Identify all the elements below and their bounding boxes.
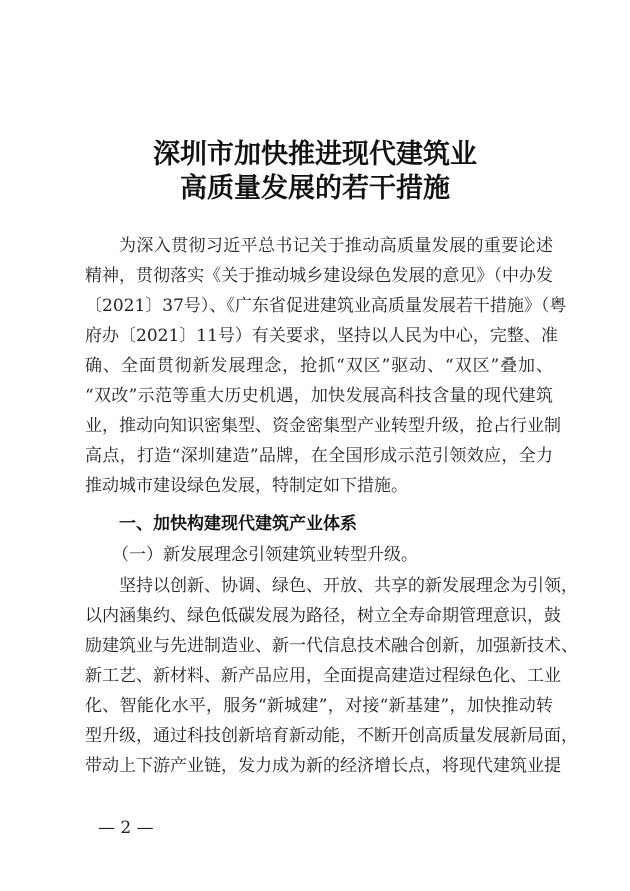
- preamble-line: 为深入贯彻习近平总书记关于推动高质量发展的重要论述: [119, 231, 553, 261]
- body-line: 化、智能化水平，服务“新城建”，对接“新基建”，加快推动转: [85, 691, 553, 721]
- preamble-line: 高点，打造“深圳建造”品牌，在全国形成示范引领效应，全力: [85, 441, 553, 471]
- preamble-line: 推动城市建设绿色发展，特制定如下措施。: [85, 471, 553, 501]
- body-line: 带动上下游产业链，发力成为新的经济增长点，将现代建筑业提: [85, 751, 553, 781]
- document-title-line-2: 高质量发展的若干措施: [0, 172, 630, 206]
- body-line: 坚持以创新、协调、绿色、开放、共享的新发展理念为引领，: [119, 571, 553, 601]
- body-line: 新工艺、新材料、新产品应用，全面提高建造过程绿色化、工业: [85, 661, 553, 691]
- preamble-line: 业，推动向知识密集型、资金密集型产业转型升级，抢占行业制: [85, 411, 553, 441]
- preamble-line: 府办〔2021〕11号）有关要求，坚持以人民为中心，完整、准: [85, 321, 553, 351]
- preamble-line: 确、全面贯彻新发展理念，抢抓“双区”驱动、“双区”叠加、: [85, 351, 553, 381]
- body-line: 励建筑业与先进制造业、新一代信息技术融合创新，加强新技术、: [85, 631, 553, 661]
- preamble-line: “双改”示范等重大历史机遇，加快发展高科技含量的现代建筑: [85, 381, 553, 411]
- document-title-line-1: 深圳市加快推进现代建筑业: [0, 138, 630, 172]
- document-page: 深圳市加快推进现代建筑业 高质量发展的若干措施 为深入贯彻习近平总书记关于推动高…: [0, 0, 630, 891]
- preamble-line: 〔2021〕37号）、《广东省促进建筑业高质量发展若干措施》（粤: [85, 291, 553, 321]
- subsection-heading: （一）新发展理念引领建筑业转型升级。: [112, 540, 546, 570]
- section-heading: 一、加快构建现代建筑产业体系: [119, 509, 553, 539]
- preamble-line: 精神，贯彻落实《关于推动城乡建设绿色发展的意见》（中办发: [85, 261, 553, 291]
- body-line: 型升级，通过科技创新培育新动能，不断开创高质量发展新局面，: [85, 721, 553, 751]
- body-line: 以内涵集约、绿色低碳发展为路径，树立全寿命期管理意识，鼓: [85, 601, 553, 631]
- page-number: — 2 —: [98, 818, 154, 838]
